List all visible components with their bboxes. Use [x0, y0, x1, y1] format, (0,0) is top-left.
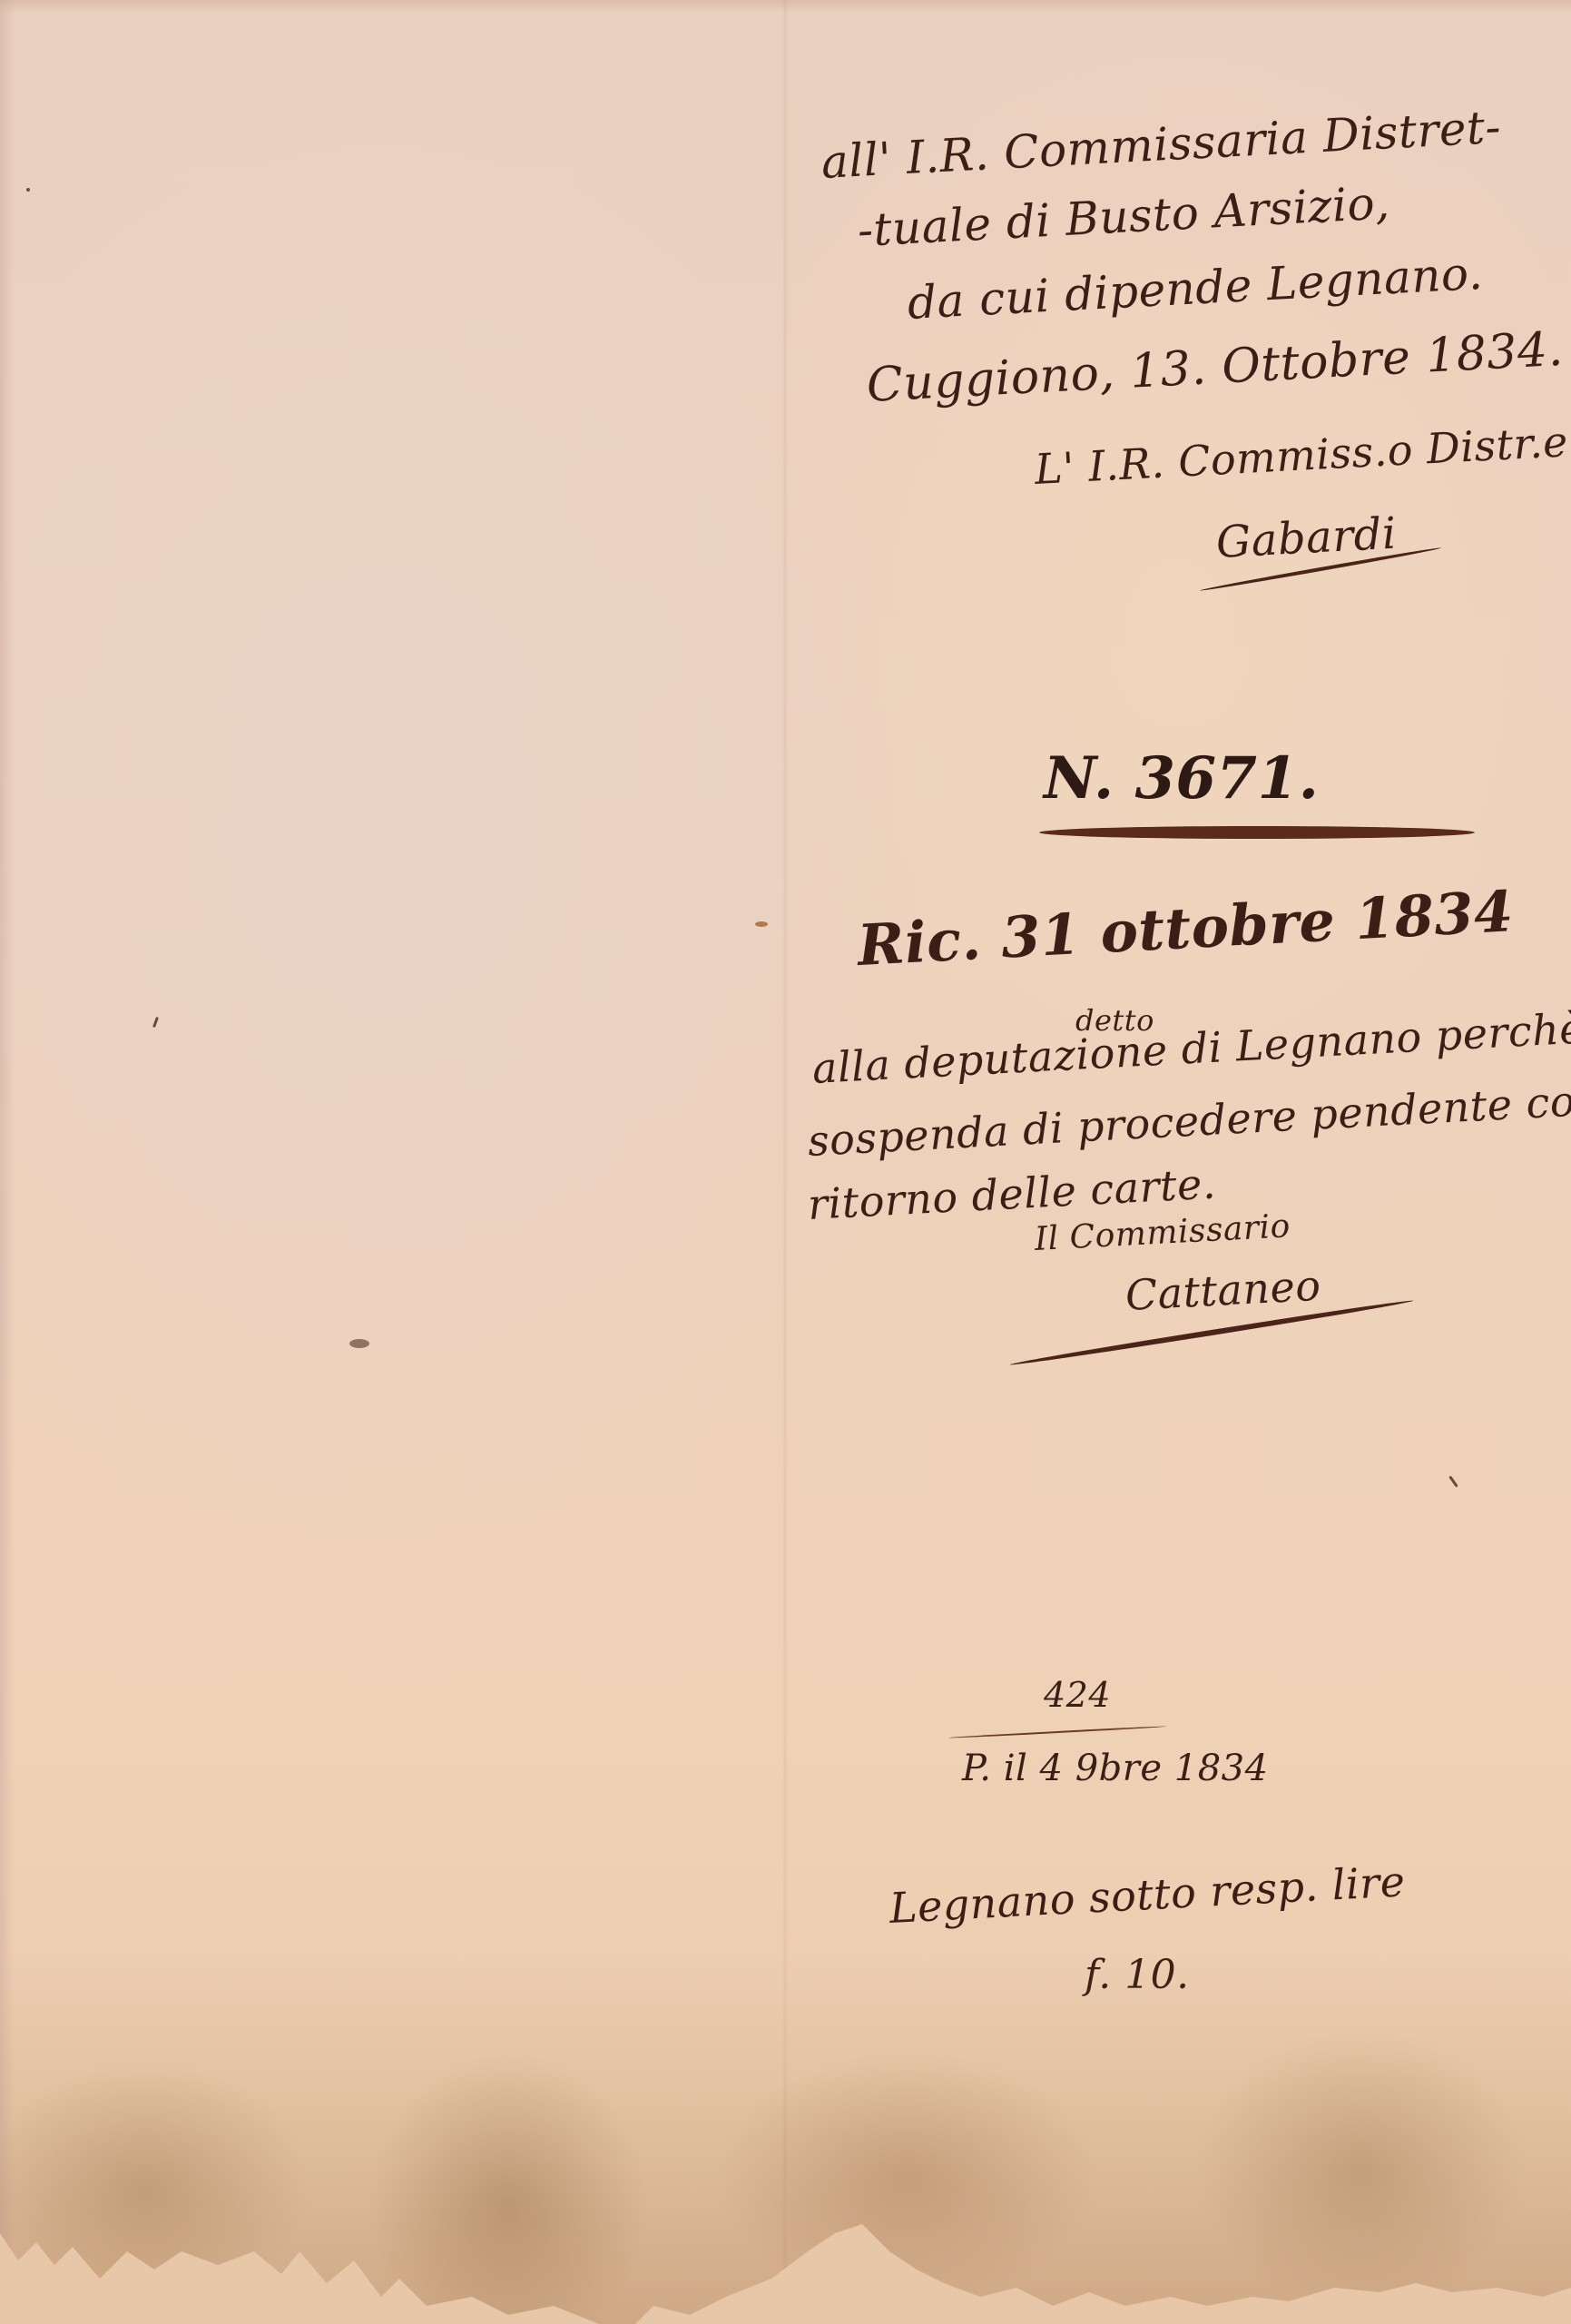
- protocol-underline: [1039, 826, 1475, 839]
- received-date: Ric. 31 ottobre 1834: [856, 878, 1515, 979]
- registry-number: 424: [1044, 1675, 1111, 1715]
- dateline: Cuggiono, 13. Ottobre 1834.: [865, 322, 1565, 413]
- sender-title: L' I.R. Commiss.o Distr.e: [1034, 417, 1569, 494]
- address-line-2: -tuale di Busto Arsizio,: [856, 176, 1390, 257]
- paper-speck: [152, 1017, 159, 1028]
- closing-line-1: Legnano sotto resp. lire: [889, 1856, 1407, 1933]
- protocol-number: N. 3671.: [1044, 744, 1319, 812]
- paper-speck: [26, 188, 30, 192]
- paper-speck: [1448, 1475, 1458, 1487]
- registry-rule: [948, 1726, 1166, 1739]
- document-sheet: all' I.R. Commissaria Distret- -tuale di…: [0, 0, 1571, 2324]
- address-line-1: all' I.R. Commissaria Distret-: [820, 101, 1502, 189]
- registry-date: P. il 4 9bre 1834: [962, 1748, 1269, 1789]
- ink-blot: [349, 1339, 369, 1348]
- note-line-2: sospenda di procedere pendente col: [807, 1076, 1571, 1166]
- rust-spot: [755, 921, 768, 927]
- torn-bottom-edge: [0, 2197, 1571, 2324]
- note-signature: Cattaneo: [1124, 1261, 1322, 1320]
- address-line-3: da cui dipende Legnano.: [906, 247, 1484, 330]
- note-line-1: alla deputazione di Legnano perchè: [811, 1003, 1571, 1093]
